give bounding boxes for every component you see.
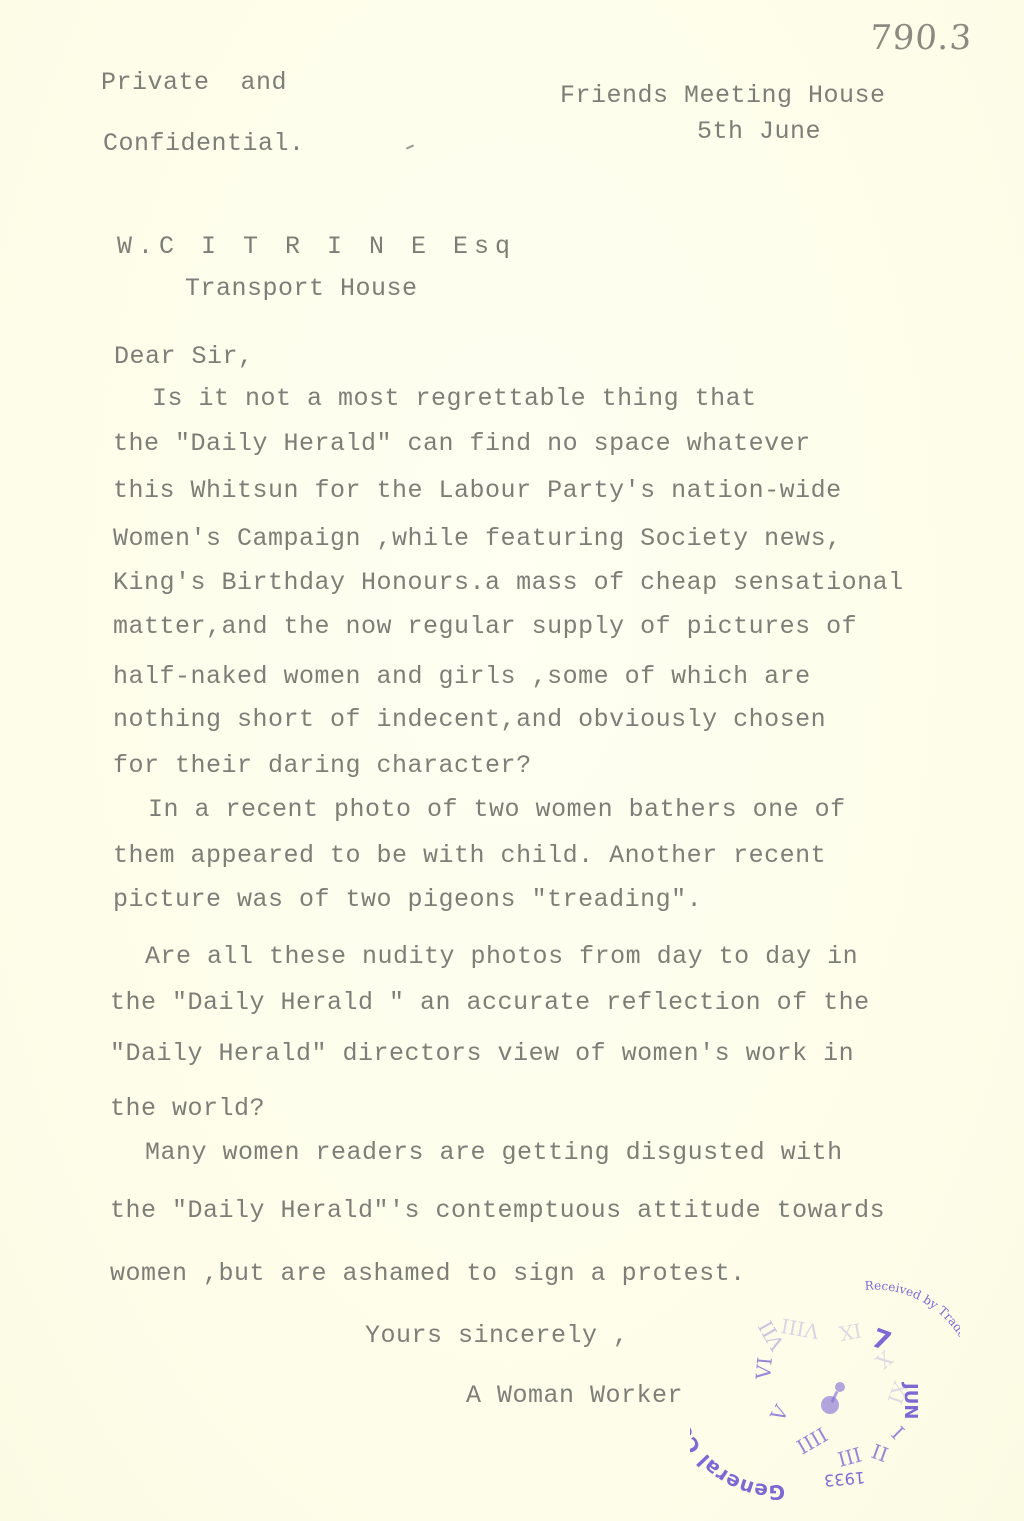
svg-text:I: I: [886, 1422, 909, 1445]
body-line: Is it not a most regrettable thing that: [152, 386, 757, 411]
salutation: Dear Sir,: [114, 344, 254, 369]
stray-mark: [406, 144, 414, 149]
sender-address: Friends Meeting House: [560, 83, 886, 108]
body-line: the "Daily Herald " an accurate reflecti…: [110, 990, 870, 1015]
body-line: women ,but are ashamed to sign a protest…: [110, 1261, 746, 1286]
signature: A Woman Worker: [466, 1383, 683, 1408]
recipient-name: W.C I T R I N E Esq: [117, 234, 516, 259]
body-line: picture was of two pigeons "treading".: [113, 887, 702, 912]
svg-text:General Council: General Council: [690, 1366, 785, 1500]
recipient-address: Transport House: [185, 276, 418, 301]
svg-text:VI: VI: [751, 1356, 777, 1381]
classification-line-2: Confidential.: [103, 131, 305, 156]
body-line: the world?: [110, 1096, 265, 1121]
body-line: Are all these nudity photos from day to …: [145, 944, 858, 969]
body-line: Many women readers are getting disgusted…: [145, 1140, 843, 1165]
body-line: nothing short of indecent,and obviously …: [113, 707, 826, 732]
body-line: In a recent photo of two women bathers o…: [148, 797, 846, 822]
body-line: King's Birthday Honours.a mass of cheap …: [113, 570, 904, 595]
svg-text:IIII: IIII: [793, 1423, 832, 1460]
body-line: this Whitsun for the Labour Party's nati…: [113, 478, 842, 503]
svg-text:III: III: [835, 1443, 864, 1472]
body-line: them appeared to be with child. Another …: [113, 843, 826, 868]
svg-text:IX: IX: [837, 1318, 864, 1346]
body-line: for their daring character?: [113, 753, 532, 778]
svg-text:II: II: [868, 1439, 891, 1467]
received-stamp: General Council Received by Trades Union…: [690, 1275, 960, 1500]
body-line: "Daily Herald" directors view of women's…: [110, 1041, 854, 1066]
body-line: the "Daily Herald"'s contemptuous attitu…: [110, 1198, 885, 1223]
body-line: Women's Campaign ,while featuring Societ…: [113, 526, 842, 551]
body-line: the "Daily Herald" can find no space wha…: [113, 431, 811, 456]
svg-text:V: V: [765, 1401, 794, 1427]
clock-stamp-icon: General Council Received by Trades Union…: [690, 1275, 960, 1500]
archive-reference: 790.3: [869, 18, 974, 58]
closing: Yours sincerely ,: [365, 1323, 629, 1348]
svg-text:1933: 1933: [823, 1468, 865, 1490]
letter-date: 5th June: [697, 119, 821, 144]
body-line: half-naked women and girls ,some of whic…: [113, 664, 811, 689]
letter-page: 790.3 Private and Confidential. Friends …: [0, 0, 1024, 1521]
body-line: matter,and the now regular supply of pic…: [113, 614, 857, 639]
classification-line-1: Private and: [101, 70, 287, 95]
